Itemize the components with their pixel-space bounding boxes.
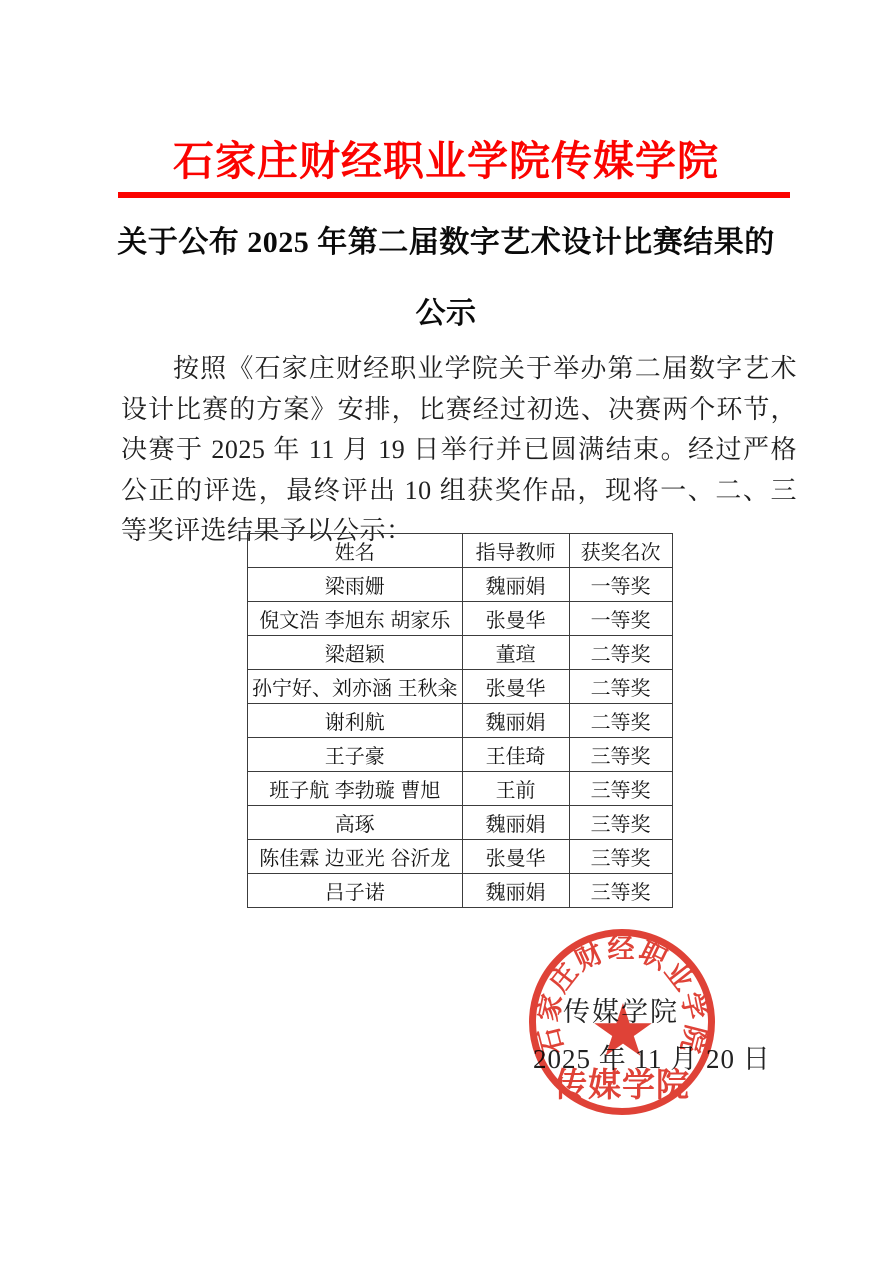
student-names: 梁超颖 [248, 636, 463, 670]
teacher-name: 魏丽娟 [462, 568, 569, 602]
teacher-name: 魏丽娟 [462, 874, 569, 908]
teacher-name: 张曼华 [462, 670, 569, 704]
teacher-name: 张曼华 [462, 602, 569, 636]
document-page: 石家庄财经职业学院传媒学院 关于公布 2025 年第二届数字艺术设计比赛结果的 … [0, 0, 892, 1262]
award-rank: 一等奖 [569, 568, 672, 602]
teacher-name: 王前 [462, 772, 569, 806]
table-row: 陈佳霖 边亚光 谷沂龙张曼华三等奖 [248, 840, 673, 874]
student-names: 倪文浩 李旭东 胡家乐 [248, 602, 463, 636]
table-row: 孙宁好、刘亦涵 王秋籴张曼华二等奖 [248, 670, 673, 704]
seal-bottom-text: 传媒学院 [536, 1059, 708, 1106]
table-row: 倪文浩 李旭东 胡家乐张曼华一等奖 [248, 602, 673, 636]
award-rank: 三等奖 [569, 738, 672, 772]
letterhead-divider [118, 192, 790, 198]
award-rank: 三等奖 [569, 772, 672, 806]
document-title-line1: 关于公布 2025 年第二届数字艺术设计比赛结果的 [0, 217, 892, 261]
student-names: 高琢 [248, 806, 463, 840]
teacher-name: 董瑄 [462, 636, 569, 670]
award-results-table: 姓名 指导教师 获奖名次 梁雨姗魏丽娟一等奖倪文浩 李旭东 胡家乐张曼华一等奖梁… [247, 533, 673, 908]
award-rank: 三等奖 [569, 840, 672, 874]
column-header-award: 获奖名次 [569, 534, 672, 568]
award-rank: 一等奖 [569, 602, 672, 636]
table-row: 班子航 李勃璇 曹旭王前三等奖 [248, 772, 673, 806]
table-row: 谢利航魏丽娟二等奖 [248, 704, 673, 738]
announcement-paragraph: 按照《石家庄财经职业学院关于举办第二届数字艺术设计比赛的方案》安排，比赛经过初选… [121, 349, 797, 552]
table-header-row: 姓名 指导教师 获奖名次 [248, 534, 673, 568]
results-table-body: 梁雨姗魏丽娟一等奖倪文浩 李旭东 胡家乐张曼华一等奖梁超颖董瑄二等奖孙宁好、刘亦… [248, 568, 673, 908]
official-seal: 石家庄财经职业学院 传媒学院 [529, 929, 715, 1115]
teacher-name: 王佳琦 [462, 738, 569, 772]
teacher-name: 魏丽娟 [462, 806, 569, 840]
teacher-name: 张曼华 [462, 840, 569, 874]
student-names: 陈佳霖 边亚光 谷沂龙 [248, 840, 463, 874]
award-rank: 二等奖 [569, 636, 672, 670]
student-names: 班子航 李勃璇 曹旭 [248, 772, 463, 806]
student-names: 吕子诺 [248, 874, 463, 908]
letterhead-title: 石家庄财经职业学院传媒学院 [0, 128, 892, 187]
document-title-line2: 公示 [0, 288, 892, 332]
student-names: 孙宁好、刘亦涵 王秋籴 [248, 670, 463, 704]
table-row: 梁雨姗魏丽娟一等奖 [248, 568, 673, 602]
column-header-name: 姓名 [248, 534, 463, 568]
table-row: 高琢魏丽娟三等奖 [248, 806, 673, 840]
column-header-teacher: 指导教师 [462, 534, 569, 568]
award-rank: 二等奖 [569, 670, 672, 704]
student-names: 王子豪 [248, 738, 463, 772]
award-rank: 三等奖 [569, 806, 672, 840]
award-rank: 二等奖 [569, 704, 672, 738]
student-names: 梁雨姗 [248, 568, 463, 602]
teacher-name: 魏丽娟 [462, 704, 569, 738]
table-row: 王子豪王佳琦三等奖 [248, 738, 673, 772]
student-names: 谢利航 [248, 704, 463, 738]
table-row: 吕子诺魏丽娟三等奖 [248, 874, 673, 908]
table-row: 梁超颖董瑄二等奖 [248, 636, 673, 670]
award-rank: 三等奖 [569, 874, 672, 908]
